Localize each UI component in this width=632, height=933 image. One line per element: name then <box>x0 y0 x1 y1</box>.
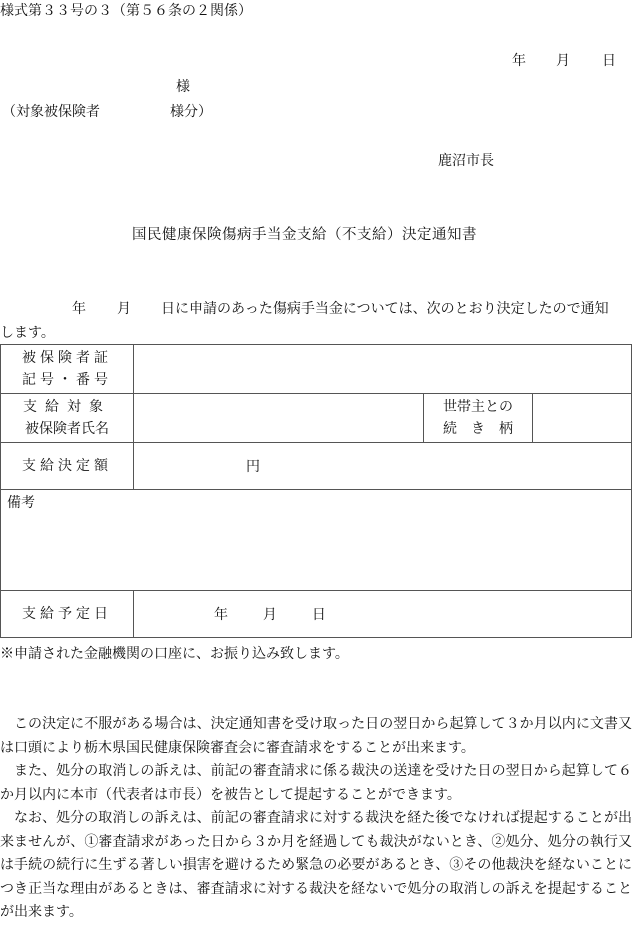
insurance-card-value[interactable] <box>134 345 632 394</box>
payment-date-row: 支給予定日 年 月 日 <box>1 591 632 638</box>
issue-date-year: 年 <box>512 50 526 70</box>
label-line: 支給対象 <box>1 396 133 418</box>
label-line: 被保険者証 <box>1 347 133 369</box>
insured-name-label: 支給対象 被保険者氏名 <box>1 394 134 443</box>
label-line: 続 き 柄 <box>424 418 532 440</box>
target-insured-line: （対象被保険者 様分） <box>2 101 212 121</box>
label-line: 被保険者氏名 <box>1 418 133 440</box>
payment-date-value[interactable]: 年 月 日 <box>134 591 632 638</box>
intro-line1: 日に申請のあった傷病手当金については、次のとおり決定したので通知 <box>161 298 609 318</box>
insured-name-row: 支給対象 被保険者氏名 世帯主との 続 き 柄 <box>1 394 632 443</box>
label-line: 記号・番号 <box>1 369 133 391</box>
remarks-cell[interactable]: 備考 <box>1 490 632 591</box>
payment-amount-label: 支給決定額 <box>1 443 134 490</box>
intro-month: 月 <box>117 298 131 318</box>
label-line: 世帯主との <box>424 396 532 418</box>
decision-table: 被保険者証 記号・番号 支給対象 被保険者氏名 世帯主との 続 き 柄 支給決定… <box>0 344 632 638</box>
appeal-paragraph: なお、処分の取消しの訴えは、前記の審査請求に対する裁決を経た後でなければ提起する… <box>0 807 632 925</box>
yen-unit: 円 <box>246 459 260 475</box>
remarks-row: 備考 <box>1 490 632 591</box>
issuer-name: 鹿沼市長 <box>438 150 494 170</box>
payment-date-label: 支給予定日 <box>1 591 134 638</box>
issue-date-month: 月 <box>556 50 570 70</box>
appeal-notice: この決定に不服がある場合は、決定通知書を受け取った日の翌日から起算して３か月以内… <box>0 713 632 925</box>
relationship-label: 世帯主との 続 き 柄 <box>424 394 533 443</box>
intro-year: 年 <box>72 298 86 318</box>
insured-name-value[interactable] <box>134 394 424 443</box>
form-number: 様式第３３号の３（第５６条の２関係） <box>0 0 252 20</box>
payment-day: 日 <box>312 607 326 623</box>
remarks-label: 備考 <box>7 495 35 511</box>
document-title: 国民健康保険傷病手当金支給（不支給）決定通知書 <box>132 223 477 244</box>
insurance-card-row: 被保険者証 記号・番号 <box>1 345 632 394</box>
payment-year: 年 <box>214 607 228 623</box>
appeal-paragraph: また、処分の取消しの訴えは、前記の審査請求に係る裁決の送達を受けた日の翌日から起… <box>0 760 632 807</box>
insurance-card-label: 被保険者証 記号・番号 <box>1 345 134 394</box>
appeal-paragraph: この決定に不服がある場合は、決定通知書を受け取った日の翌日から起算して３か月以内… <box>0 713 632 760</box>
payment-month: 月 <box>263 607 277 623</box>
relationship-value[interactable] <box>533 394 632 443</box>
issue-date-day: 日 <box>602 50 616 70</box>
payment-amount-value[interactable]: 円 <box>134 443 632 490</box>
intro-line2: します。 <box>0 322 55 342</box>
addressee-honorific: 様 <box>176 76 190 96</box>
payment-amount-row: 支給決定額 円 <box>1 443 632 490</box>
bank-transfer-note: ※申請された金融機関の口座に、お振り込み致します。 <box>0 643 349 663</box>
